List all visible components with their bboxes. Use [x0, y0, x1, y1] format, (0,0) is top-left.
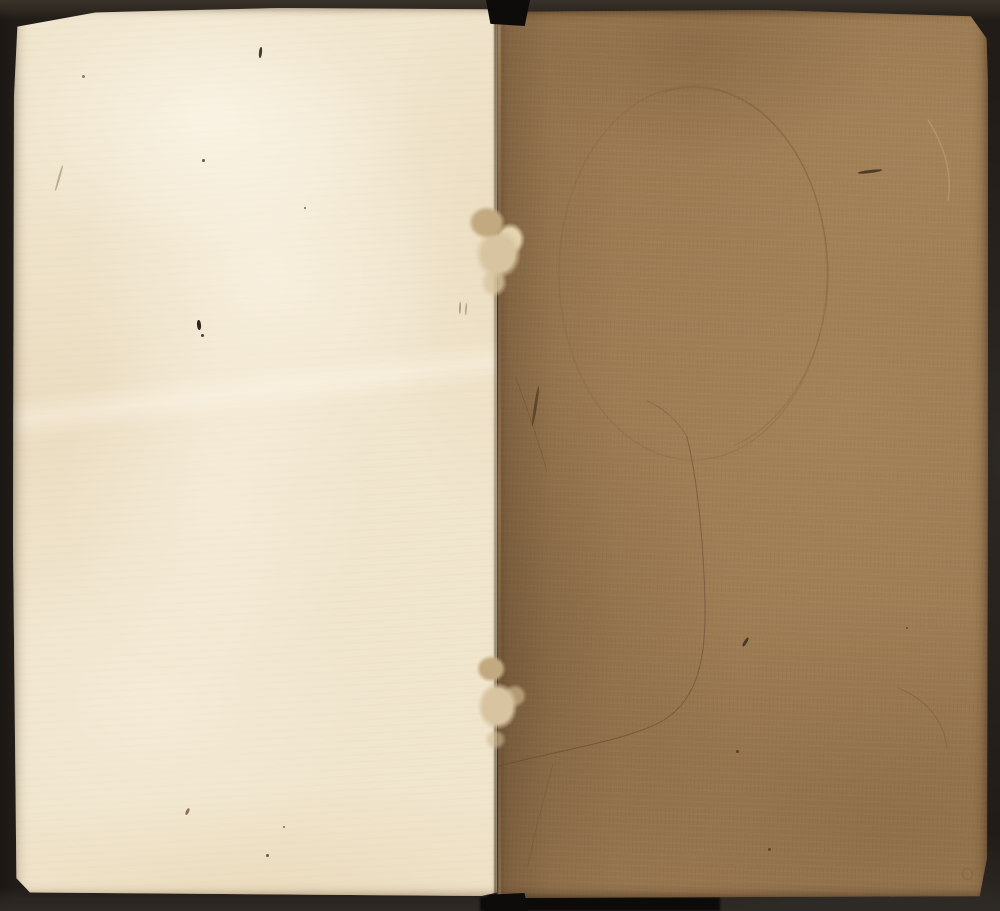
spine-notch-bottom — [484, 893, 528, 911]
tape-stain-bottom — [466, 648, 536, 752]
tape-stain-top — [466, 200, 536, 298]
book-scan — [0, 0, 1000, 911]
left-page-cream-flyleaf — [13, 8, 497, 896]
spine-notch-top — [486, 0, 530, 26]
spine-deckled-edge — [497, 12, 501, 896]
spine-gutter-shadow — [494, 8, 497, 898]
right-page-brown-endpaper — [497, 10, 988, 898]
